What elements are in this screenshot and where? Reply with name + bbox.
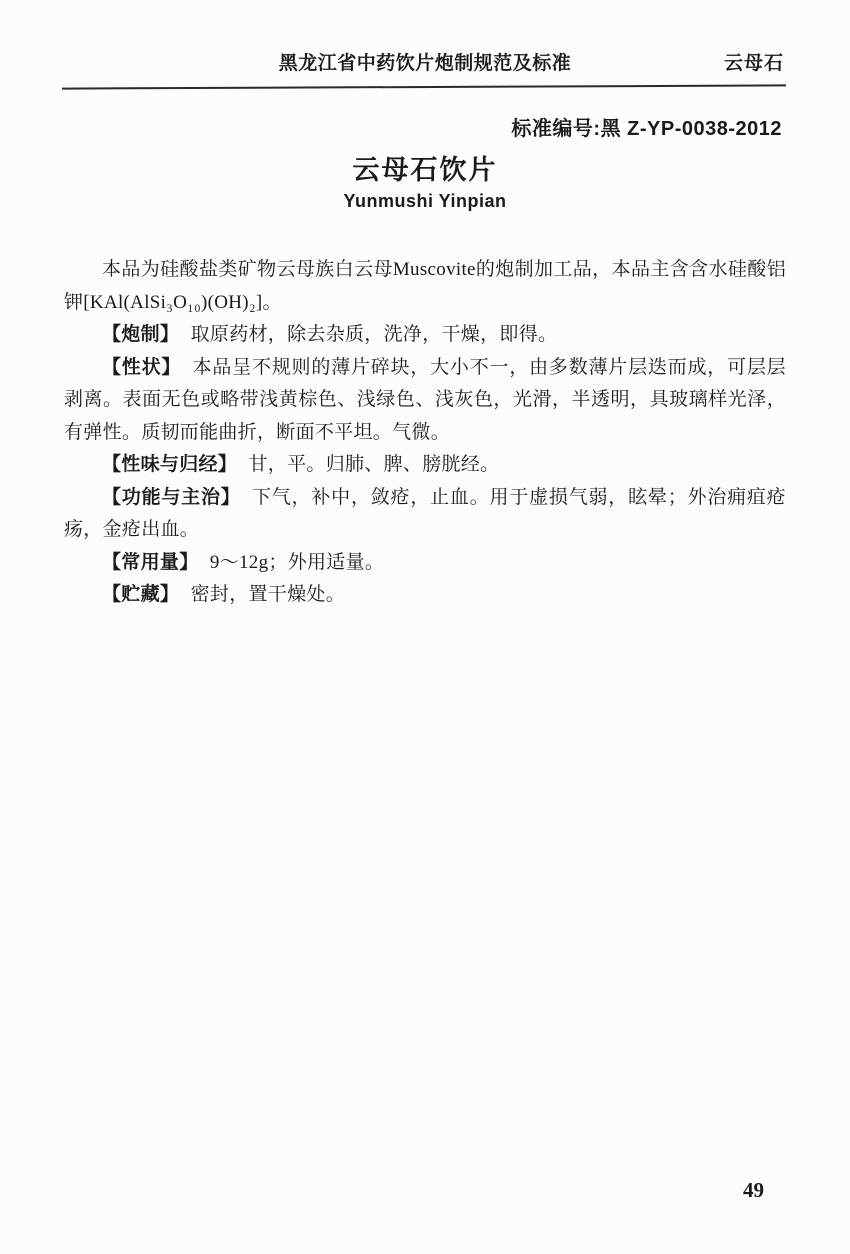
section-changyongliang: 【常用量】9～12g；外用适量。 [64,547,786,580]
section-paozhi-text: 取原药材，除去杂质，洗净，干燥，即得。 [191,324,558,345]
section-xingwei-guijing-label: 【性味与归经】 [102,454,237,475]
section-paozhi: 【炮制】取原药材，除去杂质，洗净，干燥，即得。 [64,319,786,352]
document-page: 黑龙江省中药饮片炮制规范及标准 云母石 标准编号:黑 Z-YP-0038-201… [0,0,850,1254]
standard-number: 标准编号:黑 Z-YP-0038-2012 [511,112,782,141]
section-xingzhuang: 【性状】本品呈不规则的薄片碎块，大小不一，由多数薄片层迭而成，可层层剥离。表面无… [64,352,786,450]
page-title-pinyin: Yunmushi Yinpian [0,191,850,212]
running-header-drug-name: 云母石 [724,48,784,75]
section-gongneng-zhuzhi: 【功能与主治】下气，补中，敛疮，止血。用于虚损气弱，眩晕；外治痈疽疮疡，金疮出血… [64,482,786,547]
intro-paragraph: 本品为硅酸盐类矿物云母族白云母Muscovite的炮制加工品，本品主含含水硅酸铝… [64,254,786,319]
page-number: 49 [743,1178,764,1203]
page-title: 云母石饮片 [0,148,850,187]
section-zhucang: 【贮藏】密封，置干燥处。 [64,579,786,612]
section-gongneng-zhuzhi-label: 【功能与主治】 [102,487,241,508]
section-changyongliang-text: 9～12g；外用适量。 [210,552,384,573]
section-xingwei-guijing: 【性味与归经】甘，平。归肺、脾、膀胱经。 [64,449,786,482]
header-rule [62,84,786,89]
section-changyongliang-label: 【常用量】 [102,552,199,573]
section-xingzhuang-label: 【性状】 [102,357,181,378]
intro-text: 本品为硅酸盐类矿物云母族白云母Muscovite的炮制加工品，本品主含含水硅酸铝… [64,259,786,313]
body-text: 本品为硅酸盐类矿物云母族白云母Muscovite的炮制加工品，本品主含含水硅酸铝… [64,254,786,612]
section-xingwei-guijing-text: 甘，平。归肺、脾、膀胱经。 [249,454,500,475]
section-paozhi-label: 【炮制】 [102,324,179,345]
running-header: 黑龙江省中药饮片炮制规范及标准 云母石 [64,48,786,76]
section-zhucang-text: 密封，置干燥处。 [191,584,345,605]
section-zhucang-label: 【贮藏】 [102,584,179,605]
running-header-book-title: 黑龙江省中药饮片炮制规范及标准 [64,48,786,75]
